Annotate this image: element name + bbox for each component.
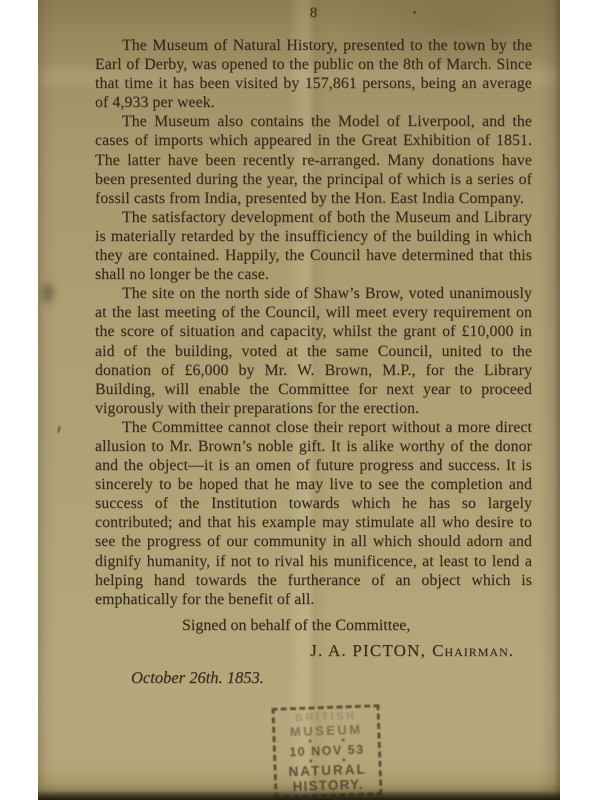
date-line: October 26th. 1853.: [95, 667, 532, 688]
signed-on-behalf-line: Signed on behalf of the Committee,: [95, 616, 532, 636]
stamp-text-natural: NATURAL: [288, 763, 367, 778]
stamp-text-museum: MUSEUM: [290, 723, 363, 738]
page-number: 8: [95, 6, 532, 21]
paragraph-model-of-liverpool: The Museum also contains the Model of Li…: [95, 112, 532, 207]
paragraph-browns-gift: The Committee cannot close their report …: [95, 418, 532, 609]
signature-name: J. A. PICTON,: [310, 641, 426, 660]
speck-mark: [413, 11, 416, 14]
signature-title: Chairman.: [432, 641, 514, 660]
paragraph-museum-opening: The Museum of Natural History, presented…: [95, 36, 532, 112]
page-bottom-edge-shadow: [38, 784, 560, 800]
signature-line: J. A. PICTON,Chairman.: [95, 640, 532, 661]
stamp-date: 10 NOV 53: [289, 743, 365, 758]
speck-mark-2: [57, 426, 60, 433]
page-scan: 8 The Museum of Natural History, present…: [38, 0, 560, 800]
ink-smudge: [38, 278, 58, 308]
paragraph-shaws-brow-site: The site on the north side of Shaw’s Bro…: [95, 284, 532, 418]
paragraph-building-insufficiency: The satisfactory development of both the…: [95, 208, 532, 284]
text-block: 8 The Museum of Natural History, present…: [95, 6, 532, 688]
